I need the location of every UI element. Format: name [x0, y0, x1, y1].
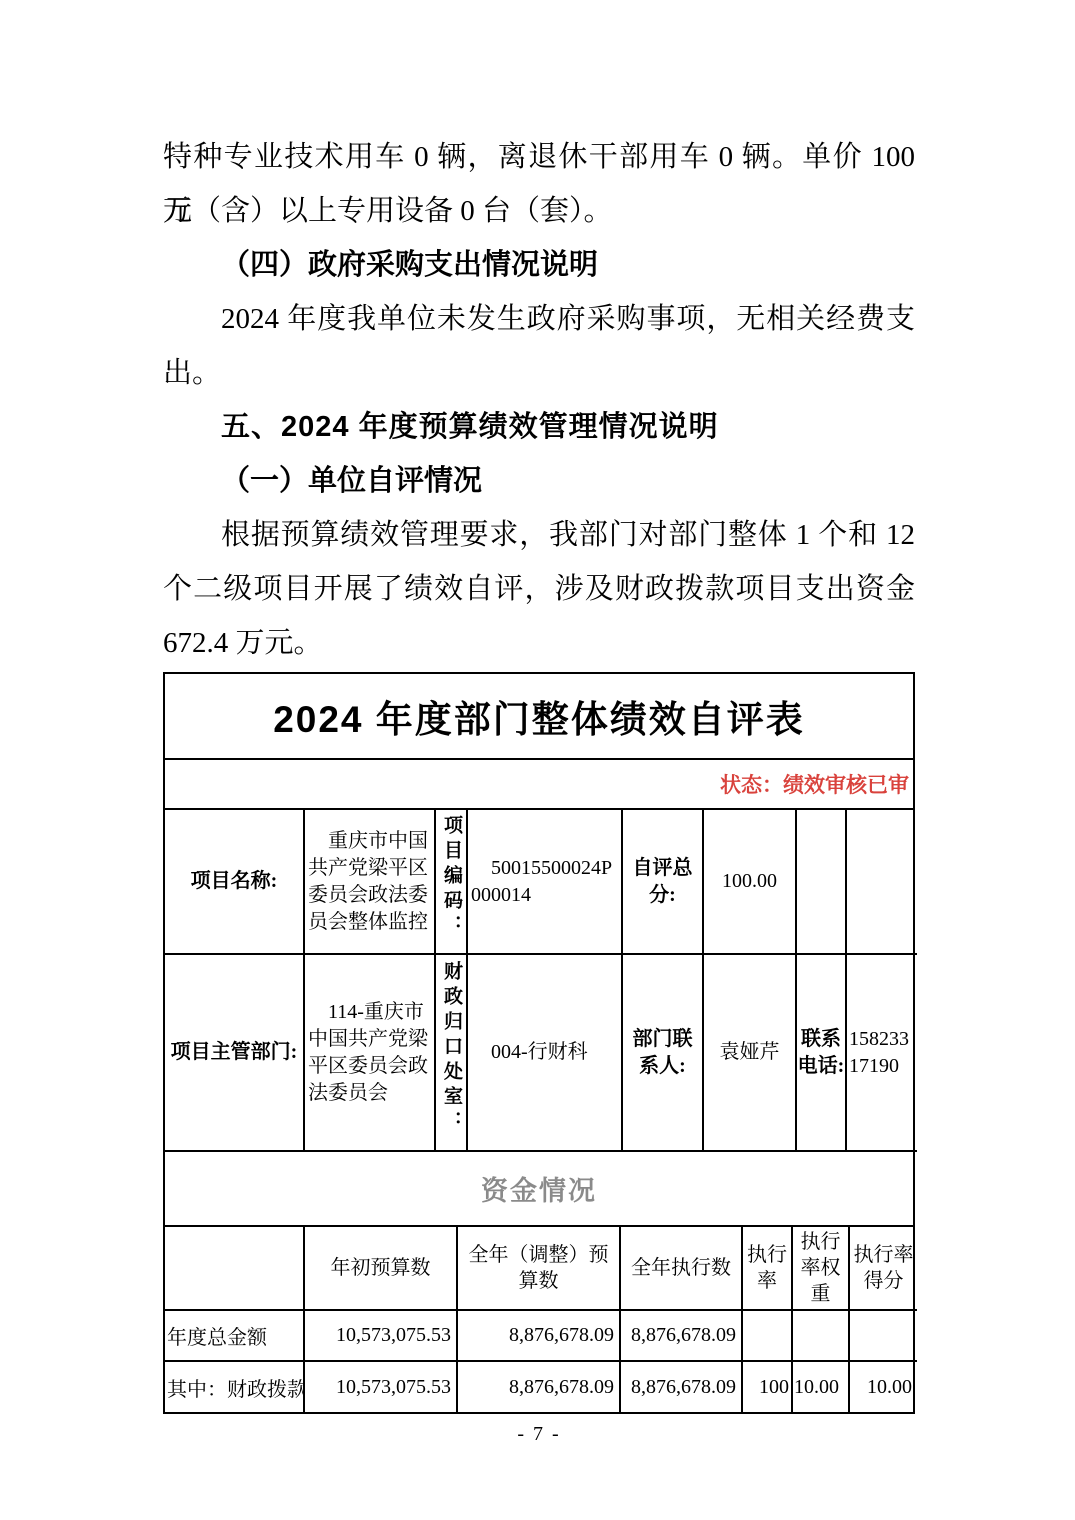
initial-budget: 10,573,075.53 [304, 1361, 457, 1412]
project-name-label: 项目名称: [165, 810, 304, 954]
executed-amount: 8,876,678.09 [620, 1310, 742, 1361]
project-name-value: 重庆市中国共产党梁平区委员会政法委员会整体监控 [304, 810, 435, 954]
row-label: 年度总金额 [165, 1310, 304, 1361]
phone-label: 联系电话: [796, 954, 846, 1151]
vertical-label: 财政归口处室： [437, 961, 465, 1136]
body-line: 个二级项目开展了绩效自评，涉及财政拨款项目支出资金 [163, 562, 915, 616]
table-row: 年度总金额 10,573,075.53 8,876,678.09 8,876,6… [165, 1310, 917, 1361]
adjusted-budget: 8,876,678.09 [457, 1310, 620, 1361]
rate-weight [792, 1310, 849, 1361]
dept-value: 114-重庆市中国共产党梁平区委员会政法委员会 [304, 954, 435, 1151]
rate-score [849, 1310, 917, 1361]
table-row: 其中：财政拨款 10,573,075.53 8,876,678.09 8,876… [165, 1361, 917, 1412]
section-heading: 五、2024 年度预算绩效管理情况说明 [163, 400, 915, 454]
dept-label: 项目主管部门: [165, 954, 304, 1151]
column-header: 执行率得分 [849, 1227, 917, 1310]
body-line: 元（含）以上专用设备 0 台（套）。 [163, 184, 915, 238]
contact-label: 部门联系人: [622, 954, 703, 1151]
vertical-label: 项目编码： [437, 815, 465, 940]
column-header [165, 1227, 304, 1310]
finance-office-label: 财政归口处室： [435, 954, 467, 1151]
status-badge: 状态：绩效审核已审 [165, 760, 913, 810]
initial-budget: 10,573,075.53 [304, 1310, 457, 1361]
contact-value: 袁娅芹 [703, 954, 796, 1151]
funds-section-title: 资金情况 [165, 1152, 913, 1227]
phone-value: 15823317190 [846, 954, 917, 1151]
column-header: 年初预算数 [304, 1227, 457, 1310]
execution-rate [742, 1310, 792, 1361]
body-line: 出。 [163, 346, 915, 400]
page-number: - 7 - [163, 1423, 915, 1446]
project-code-label: 项目编码： [435, 810, 467, 954]
column-header: 全年（调整）预算数 [457, 1227, 620, 1310]
section-heading: （四）政府采购支出情况说明 [163, 238, 915, 292]
table-row: 项目主管部门: 114-重庆市中国共产党梁平区委员会政法委员会 财政归口处室： … [165, 954, 917, 1151]
page-content: 特种专业技术用车 0 辆，离退休干部用车 0 辆。单价 100 万 元（含）以上… [163, 130, 915, 1446]
rate-score: 10.00 [849, 1361, 917, 1412]
adjusted-budget: 8,876,678.09 [457, 1361, 620, 1412]
project-info-table: 项目名称: 重庆市中国共产党梁平区委员会政法委员会整体监控 项目编码： 5001… [165, 810, 917, 1152]
table-title: 2024 年度部门整体绩效自评表 [165, 674, 913, 760]
execution-rate: 100 [742, 1361, 792, 1412]
rate-weight: 10.00 [792, 1361, 849, 1412]
column-header: 执行率权重 [792, 1227, 849, 1310]
body-line: 特种专业技术用车 0 辆，离退休干部用车 0 辆。单价 100 万 [163, 130, 915, 184]
self-score-value: 100.00 [703, 810, 796, 954]
body-text: 特种专业技术用车 0 辆，离退休干部用车 0 辆。单价 100 万 元（含）以上… [163, 130, 915, 670]
self-score-label: 自评总分: [622, 810, 703, 954]
table-row: 项目名称: 重庆市中国共产党梁平区委员会政法委员会整体监控 项目编码： 5001… [165, 810, 917, 954]
funds-table: 年初预算数 全年（调整）预算数 全年执行数 执行率 执行率权重 执行率得分 年度… [165, 1227, 917, 1412]
body-line: 672.4 万元。 [163, 616, 915, 670]
column-header: 执行率 [742, 1227, 792, 1310]
section-heading: （一）单位自评情况 [163, 454, 915, 508]
row-label: 其中：财政拨款 [165, 1361, 304, 1412]
executed-amount: 8,876,678.09 [620, 1361, 742, 1412]
column-header: 全年执行数 [620, 1227, 742, 1310]
project-code-value: 50015500024P000014 [467, 810, 622, 954]
self-evaluation-table: 2024 年度部门整体绩效自评表 状态：绩效审核已审 项目名称: 重庆市中国共产… [163, 672, 915, 1414]
empty-cell [796, 810, 846, 954]
document-page: 特种专业技术用车 0 辆，离退休干部用车 0 辆。单价 100 万 元（含）以上… [0, 0, 1075, 1520]
body-line: 2024 年度我单位未发生政府采购事项，无相关经费支 [163, 292, 915, 346]
body-line: 根据预算绩效管理要求，我部门对部门整体 1 个和 12 [163, 508, 915, 562]
finance-office-value: 004-行财科 [467, 954, 622, 1151]
empty-cell [846, 810, 917, 954]
funds-header-row: 年初预算数 全年（调整）预算数 全年执行数 执行率 执行率权重 执行率得分 [165, 1227, 917, 1310]
